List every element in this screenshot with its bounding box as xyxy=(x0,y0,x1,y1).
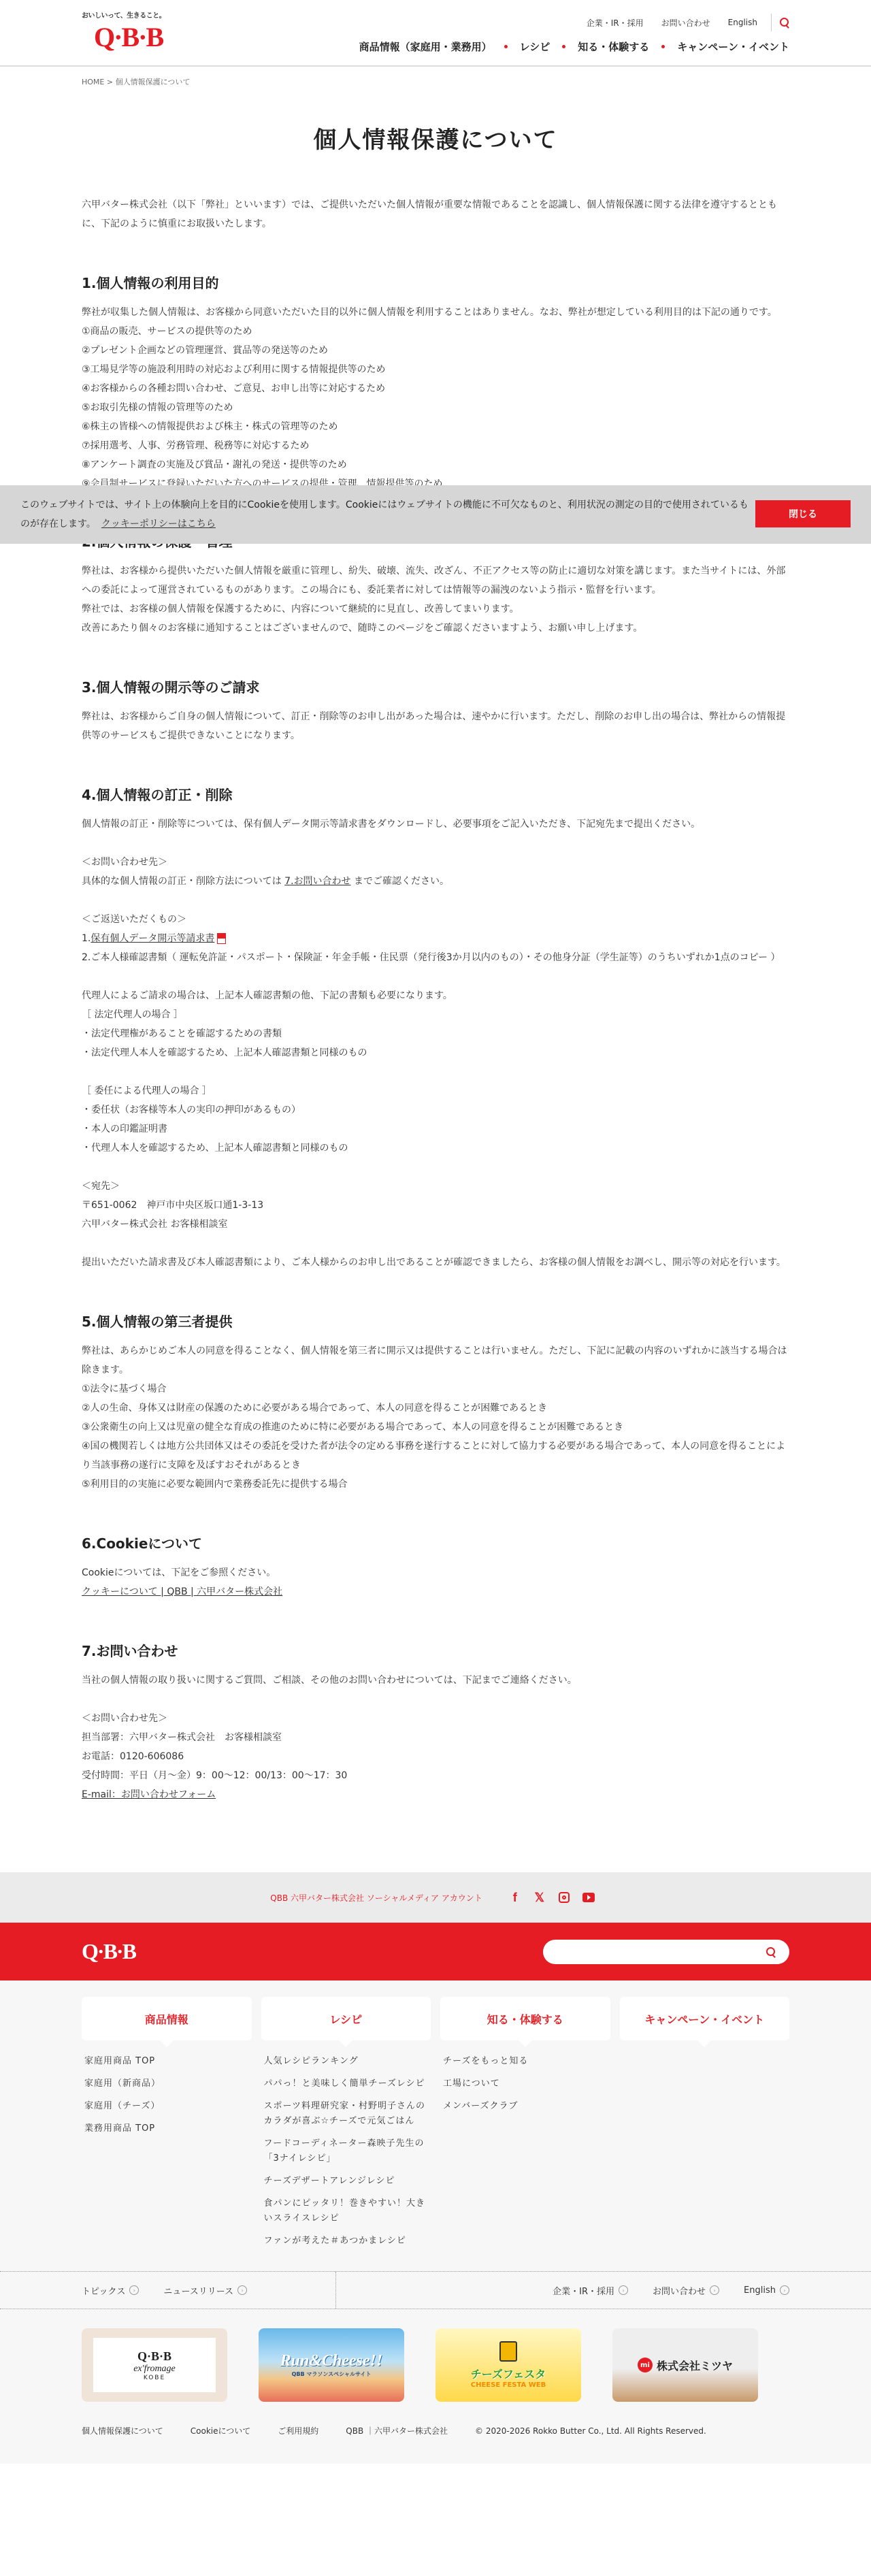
section-contact: 7.お問い合わせ 当社の個人情報の取り扱いに関するご質問、ご相談、その他のお問い… xyxy=(82,1641,789,1804)
banner-run-cheese[interactable]: Run&Cheese!! QBB マラソンスペシャルサイト xyxy=(259,2328,404,2402)
social-bar: QBB 六甲バター株式会社 ソーシャルメディア アカウント f 𝕏 xyxy=(0,1872,871,1923)
banner-text: Q·B·B xyxy=(137,2349,171,2364)
pdf-icon[interactable] xyxy=(217,933,226,944)
site-header: おいしいって、生きること。 Q·B·B 企業・IR・採用 お問い合わせ Engl… xyxy=(0,0,871,67)
section-body: 提出いただいた請求書及び本人確認書類により、ご本人様からのお申し出であることが確… xyxy=(82,1253,789,1272)
divider xyxy=(771,14,772,31)
main-nav: 商品情報（家庭用・業務用） レシピ 知る・体験する キャンペーン・イベント xyxy=(359,39,789,54)
footer-link[interactable]: ファンが考えた＃あつかまレシピ xyxy=(264,2234,429,2249)
legal-agent-heading: ［ 法定代理人の場合 ］ xyxy=(82,1005,789,1024)
banner-cheese-festa[interactable]: チーズフェスタ CHEESE FESTA WEB xyxy=(435,2328,581,2402)
cookie-policy-link[interactable]: クッキーポリシーはこちら xyxy=(101,519,216,529)
section-title: 7.お問い合わせ xyxy=(82,1641,789,1661)
section-protection: 2.個人情報の保護・管理 弊社は、お客様から提供いただいた個人情報を厳重に管理し… xyxy=(82,532,789,638)
youtube-icon[interactable] xyxy=(582,1891,595,1904)
footer-topics-link[interactable]: トピックス› xyxy=(82,2284,139,2297)
search-icon[interactable] xyxy=(780,18,789,27)
footer-link[interactable]: 家庭用（チーズ） xyxy=(84,2099,249,2114)
site-footer: QBB 六甲バター株式会社 ソーシャルメディア アカウント f 𝕏 Q·B·B … xyxy=(0,1872,871,2464)
footer-privacy-link[interactable]: 個人情報保護について xyxy=(82,2425,163,2436)
contact-section-link[interactable]: 7.お問い合わせ xyxy=(284,876,350,887)
section-title: 5.個人情報の第三者提供 xyxy=(82,1311,789,1332)
return-item-2: 2.ご本人様確認書類（ 運転免許証・パスポート・保険証・年金手帳・住民票（発行後… xyxy=(82,948,789,967)
tagline: おいしいって、生きること。 xyxy=(82,10,157,20)
banner-mitsuya[interactable]: mi株式会社ミツヤ xyxy=(612,2328,758,2402)
banner-text: ex'fromage xyxy=(133,2364,176,2375)
footer-link[interactable]: メンバーズクラブ xyxy=(443,2099,608,2114)
contact-hours: 受付時間：平日（月～金）9：00～12：00/13：00～17：30 xyxy=(82,1766,789,1785)
footer-search-input[interactable] xyxy=(543,1940,747,1964)
footer-bottom-bar: 個人情報保護について Cookieについて ご利用規約 QBB ｜六甲バター株式… xyxy=(0,2402,871,2464)
footer-link[interactable]: 家庭用商品 TOP xyxy=(84,2054,249,2069)
instagram-icon[interactable] xyxy=(557,1891,571,1904)
contact-heading: ＜お問い合わせ先＞ xyxy=(82,853,789,872)
facebook-icon[interactable]: f xyxy=(508,1891,522,1904)
chevron-right-icon: › xyxy=(710,2285,719,2295)
section-body: Cookieについては、下記をご参照ください。 xyxy=(82,1563,789,1582)
list-item: ①商品の販売、サービスの提供等のため xyxy=(82,322,789,341)
chevron-right-icon: › xyxy=(780,2285,789,2295)
return-heading: ＜ご返送いただくもの＞ xyxy=(82,910,789,929)
list-item: ②人の生命、身体又は財産の保護のために必要がある場合であって、本人の同意を得るこ… xyxy=(82,1399,789,1418)
footer-col-campaigns: キャンペーン・イベント xyxy=(620,1997,790,2256)
site-logo[interactable]: おいしいって、生きること。 Q·B·B xyxy=(82,10,157,51)
footer-news-link[interactable]: ニュースリリース› xyxy=(163,2284,247,2297)
banner-text: 株式会社ミツヤ xyxy=(657,2358,733,2373)
main-content: 六甲バター株式会社（以下「弊社」といいます）では、ご提供いただいた個人情報が重要… xyxy=(0,195,871,1804)
contact-phone: お電話：0120-606086 xyxy=(82,1747,789,1766)
util-link-corporate[interactable]: 企業・IR・採用 xyxy=(587,17,644,29)
footer-link[interactable]: フードコーディネーター森映子先生の「3ナイレシピ」 xyxy=(264,2136,429,2166)
footer-sub-links: トピックス› ニュースリリース› 企業・IR・採用› お問い合わせ› Engli… xyxy=(0,2271,871,2309)
footer-english-link[interactable]: English› xyxy=(744,2285,789,2296)
footer-head-campaigns[interactable]: キャンペーン・イベント xyxy=(620,1997,790,2040)
footer-link[interactable]: スポーツ料理研究家・村野明子さんのカラダが喜ぶ☆チーズで元気ごはん xyxy=(264,2099,429,2129)
banner-exfromage[interactable]: Q·B·B ex'fromage KOBE xyxy=(82,2328,227,2402)
text: 具体的な個人情報の訂正・削除方法については xyxy=(82,876,284,887)
chevron-right-icon: › xyxy=(129,2285,139,2295)
utility-nav: 企業・IR・採用 お問い合わせ English xyxy=(569,14,789,31)
list-item: ・法定代理人本人を確認するため、上記本人確認書類と同様のもの xyxy=(82,1043,789,1062)
footer-cookie-link[interactable]: Cookieについて xyxy=(191,2425,251,2436)
section-title: 4.個人情報の訂正・削除 xyxy=(82,785,789,805)
footer-link[interactable]: チーズをもっと知る xyxy=(443,2054,608,2069)
breadcrumb: HOME > 個人情報保護について xyxy=(0,76,871,87)
agent-intro: 代理人によるご請求の場合は、上記本人確認書類の他、下記の書類も必要になります。 xyxy=(82,986,789,1005)
section-body: 個人情報の訂正・削除等については、保有個人データ開示等請求書をダウンロードし、必… xyxy=(82,815,789,834)
breadcrumb-home[interactable]: HOME xyxy=(82,78,104,86)
section-body: 弊社が収集した個人情報は、お客様から同意いただいた目的以外に個人情報を利用するこ… xyxy=(82,303,789,322)
mitsuya-logo-icon: mi xyxy=(638,2358,653,2373)
nav-dot xyxy=(661,45,665,48)
section-purpose: 1.個人情報の利用目的 弊社が収集した個人情報は、お客様から同意いただいた目的以… xyxy=(82,273,789,493)
section-body: 弊社では、お客様の個人情報を保護するために、内容について継続的に見直し、改善して… xyxy=(82,600,789,619)
cheese-mascot-icon xyxy=(499,2341,517,2362)
list-item: ③公衆衛生の向上又は児童の健全な育成の推進のために特に必要がある場合であって、本… xyxy=(82,1418,789,1437)
section-disclosure: 3.個人情報の開示等のご請求 弊社は、お客様からご自身の個人情報について、訂正・… xyxy=(82,677,789,745)
footer-terms-link[interactable]: ご利用規約 xyxy=(278,2425,318,2436)
section-body: 改善にあたり個々のお客様に通知することはございませんので、随時このページをご確認… xyxy=(82,619,789,638)
chevron-right-icon: › xyxy=(619,2285,628,2295)
chevron-right-icon: › xyxy=(237,2285,247,2295)
nav-recipes[interactable]: レシピ xyxy=(520,39,550,54)
breadcrumb-separator: > xyxy=(107,78,113,86)
footer-head-learn[interactable]: 知る・体験する xyxy=(440,1997,610,2040)
util-link-contact[interactable]: お問い合わせ xyxy=(661,17,710,29)
list-item: ⑦採用選考、人事、労務管理、税務等に対応するため xyxy=(82,436,789,455)
request-form-pdf-link[interactable]: 保有個人データ開示等請求書 xyxy=(91,933,214,944)
section-title: 6.Cookieについて xyxy=(82,1533,789,1554)
list-item: ・委任状（お客様等本人の実印の押印があるもの） xyxy=(82,1100,789,1120)
footer-contact-link[interactable]: お問い合わせ› xyxy=(653,2284,719,2297)
section-title: 3.個人情報の開示等のご請求 xyxy=(82,677,789,698)
return-item-1: 1.保有個人データ開示等請求書 xyxy=(82,929,789,948)
qbb-logo: Q·B·B xyxy=(94,24,157,51)
section-body: 弊社は、お客様から提供いただいた個人情報を厳重に管理し、紛失、破壊、流失、改ざん… xyxy=(82,561,789,600)
list-item: ⑥株主の皆様への情報提供および株主・株式の管理等のため xyxy=(82,417,789,436)
search-icon[interactable] xyxy=(766,1947,776,1957)
section-body: 弊社は、お客様からご自身の個人情報について、訂正・削除等のお申し出があった場合は… xyxy=(82,707,789,745)
footer-col-recipes: レシピ 人気レシピランキング パパっ！と美味しく簡単チーズレシピ スポーツ料理研… xyxy=(261,1997,431,2256)
cookie-banner: このウェブサイトでは、サイト上の体験向上を目的にCookieを使用します。Coo… xyxy=(0,485,871,544)
footer-link[interactable]: パパっ！と美味しく簡単チーズレシピ xyxy=(264,2076,429,2091)
util-link-english[interactable]: English xyxy=(728,18,757,27)
address-heading: ＜宛先＞ xyxy=(82,1177,789,1196)
footer-link[interactable]: チーズデザートアレンジレシピ xyxy=(264,2174,429,2189)
banner-text: Run&Cheese!! xyxy=(280,2352,383,2370)
nav-dot xyxy=(562,45,565,48)
list-item: ④国の機関若しくは地方公共団体又はその委託を受けた者が法令の定める事務を遂行する… xyxy=(82,1437,789,1475)
list-item: ・法定代理権があることを確認するための書類 xyxy=(82,1024,789,1043)
banner-text: QBB マラソンスペシャルサイト xyxy=(292,2370,372,2378)
footer-company-link[interactable]: QBB ｜六甲バター株式会社 xyxy=(346,2425,448,2436)
list-item: ④お客様からの各種お問い合わせ、ご意見、お申し出等に対応するため xyxy=(82,379,789,398)
breadcrumb-current: 個人情報保護について xyxy=(116,78,191,86)
list-item: ⑤利用目的の実施に必要な範囲内で業務委託先に提供する場合 xyxy=(82,1475,789,1494)
contact-dept: 担当部署：六甲バター株式会社 お客様相談室 xyxy=(82,1728,789,1747)
address-line: 六甲バター株式会社 お客様相談室 xyxy=(82,1215,789,1234)
delegate-heading: ［ 委任による代理人の場合 ］ xyxy=(82,1081,789,1100)
footer-nav: 商品情報 家庭用商品 TOP 家庭用（新商品） 家庭用（チーズ） 業務用商品 T… xyxy=(0,1980,871,2464)
footer-link[interactable]: 家庭用（新商品） xyxy=(84,2076,249,2091)
nav-learn[interactable]: 知る・体験する xyxy=(578,39,649,54)
list-item: ①法令に基づく場合 xyxy=(82,1380,789,1399)
footer-search xyxy=(543,1940,789,1964)
footer-col-products: 商品情報 家庭用商品 TOP 家庭用（新商品） 家庭用（チーズ） 業務用商品 T… xyxy=(82,1997,252,2256)
address-line: 〒651-0062 神戸市中央区坂口通1-3-13 xyxy=(82,1196,789,1215)
footer-link[interactable]: 業務用商品 TOP xyxy=(84,2121,249,2136)
banner-text: KOBE xyxy=(144,2375,165,2381)
banner-text: チーズフェスタ xyxy=(471,2366,546,2381)
cookie-close-button[interactable]: 閉じる xyxy=(755,500,851,527)
banner-text: CHEESE FESTA WEB xyxy=(471,2381,546,2389)
footer-link[interactable]: 食パンにピッタリ！巻きやすい！大きいスライスレシピ xyxy=(264,2196,429,2226)
footer-corporate-link[interactable]: 企業・IR・採用› xyxy=(553,2284,628,2297)
section-body: 弊社は、あらかじめご本人の同意を得ることなく、個人情報を第三者に開示又は提供する… xyxy=(82,1341,789,1380)
social-icons: f 𝕏 xyxy=(503,1891,601,1904)
section-body: 当社の個人情報の取り扱いに関するご質問、ご相談、その他のお問い合わせについては、… xyxy=(82,1671,789,1690)
text: 1. xyxy=(82,933,91,944)
social-label: QBB 六甲バター株式会社 ソーシャルメディア アカウント xyxy=(270,1892,482,1904)
list-item: ③工場見学等の施設利用時の対応および利用に関する情報提供等のため xyxy=(82,360,789,379)
list-item: ・本人の印鑑証明書 xyxy=(82,1120,789,1139)
footer-logo[interactable]: Q·B·B xyxy=(82,1939,135,1964)
copyright: © 2020-2026 Rokko Butter Co., Ltd. All R… xyxy=(475,2426,706,2436)
list-item: ⑤お取引先様の情報の管理等のため xyxy=(82,398,789,417)
footer-col-learn: 知る・体験する チーズをもっと知る 工場について メンバーズクラブ xyxy=(440,1997,610,2256)
text: までご確認ください。 xyxy=(351,876,449,887)
contact-line: 具体的な個人情報の訂正・削除方法については 7.お問い合わせ までご確認ください… xyxy=(82,872,789,891)
section-title: 1.個人情報の利用目的 xyxy=(82,273,789,293)
x-icon[interactable]: 𝕏 xyxy=(533,1891,546,1904)
footer-link[interactable]: 工場について xyxy=(443,2076,608,2091)
contact-heading: ＜お問い合わせ先＞ xyxy=(82,1709,789,1728)
nav-campaigns[interactable]: キャンペーン・イベント xyxy=(677,39,789,54)
list-item: ・代理人本人を確認するため、上記本人確認書類と同様のもの xyxy=(82,1139,789,1158)
footer-head-recipes[interactable]: レシピ xyxy=(261,1997,431,2040)
intro-text: 六甲バター株式会社（以下「弊社」といいます）では、ご提供いただいた個人情報が重要… xyxy=(82,195,789,233)
section-correction: 4.個人情報の訂正・削除 個人情報の訂正・削除等については、保有個人データ開示等… xyxy=(82,785,789,1272)
list-item: ②プレゼント企画などの管理運営、賞品等の発送等のため xyxy=(82,341,789,360)
section-cookie: 6.Cookieについて Cookieについては、下記をご参照ください。 クッキ… xyxy=(82,1533,789,1601)
cookie-policy-link[interactable]: クッキーについて | QBB | 六甲バター株式会社 xyxy=(82,1582,282,1601)
footer-head-products[interactable]: 商品情報 xyxy=(82,1997,252,2040)
section-third-party: 5.個人情報の第三者提供 弊社は、あらかじめご本人の同意を得ることなく、個人情報… xyxy=(82,1311,789,1494)
nav-products[interactable]: 商品情報（家庭用・業務用） xyxy=(359,39,492,54)
contact-form-link[interactable]: E-mail：お問い合わせフォーム xyxy=(82,1785,216,1804)
footer-link[interactable]: 人気レシピランキング xyxy=(264,2054,429,2069)
cookie-text: このウェブサイトでは、サイト上の体験向上を目的にCookieを使用します。Coo… xyxy=(20,495,755,534)
nav-dot xyxy=(504,45,508,48)
footer-brand-bar: Q·B·B xyxy=(0,1923,871,1980)
partner-banners: Q·B·B ex'fromage KOBE Run&Cheese!! QBB マ… xyxy=(0,2309,871,2402)
list-item: ⑧アンケート調査の実施及び賞品・謝礼の発送・提供等のため xyxy=(82,455,789,474)
page-title: 個人情報保護について xyxy=(0,121,871,154)
